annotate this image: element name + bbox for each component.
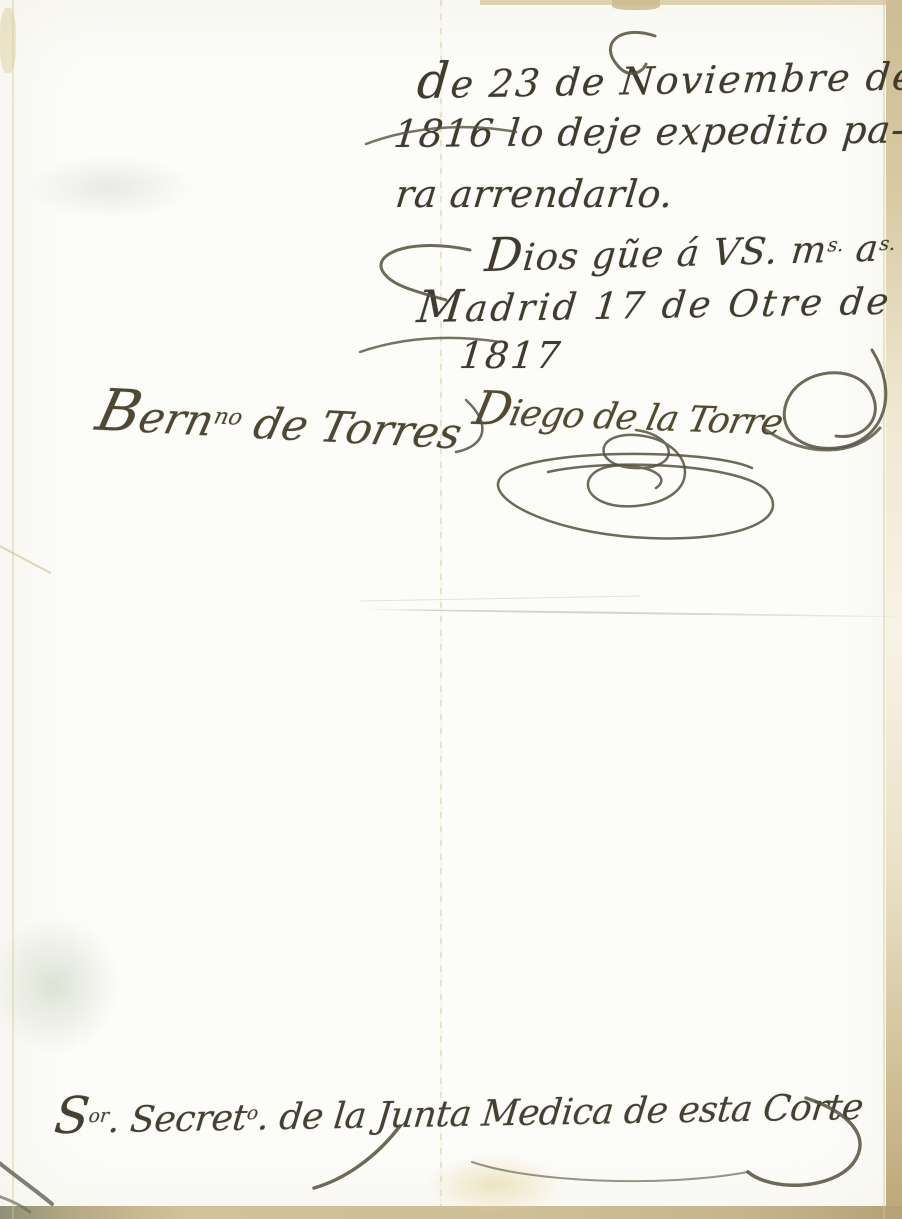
corte-underline-sweep xyxy=(472,1162,748,1181)
salutation-superscript-2: s. xyxy=(878,232,896,255)
signature-left: Bernno de Torres xyxy=(90,376,469,462)
body-line-2: 1816 lo deje expedito pa- xyxy=(392,108,902,157)
scanned-letter-page: de 23 de Noviembre de 1816 lo deje exped… xyxy=(0,0,902,1219)
yellow-stain xyxy=(425,1155,565,1215)
address-rest: . de la Junta Medica de esta Corte xyxy=(256,1087,865,1139)
salutation-line: Dios gũe á VS. ms. as. xyxy=(483,217,898,282)
body-line-1: de 23 de Noviembre de xyxy=(415,43,902,110)
horizontal-fold-crease-faint xyxy=(360,596,640,602)
address-mid: . Secret xyxy=(106,1098,248,1141)
bottom-left-fold-stroke xyxy=(0,1162,52,1204)
year-line: 1817 xyxy=(457,334,564,377)
left-fold-mark xyxy=(0,545,51,574)
salutation-text: Dios gũe á VS. m xyxy=(483,228,829,280)
tan-edge-stain xyxy=(0,8,16,73)
signature-right-rubric xyxy=(784,350,886,448)
horizontal-fold-crease xyxy=(355,608,900,618)
salutation-mid: a xyxy=(841,227,881,271)
date-line: Madrid 17 de Otre de xyxy=(415,274,895,333)
address-superscript-1: or xyxy=(88,1106,110,1127)
scan-edge-bottom xyxy=(0,1206,902,1219)
address-line: Sor. Secreto. de la Junta Medica de esta… xyxy=(52,1072,867,1145)
green-smudge xyxy=(0,915,120,1055)
scan-edge-top-stain xyxy=(612,0,660,10)
signature-right-rubric-sweep xyxy=(766,428,880,450)
rubric-oval-flourish xyxy=(498,454,773,539)
bottom-left-fold-stroke-2 xyxy=(0,1196,30,1212)
signature-left-name: Bern xyxy=(91,391,219,447)
signature-left-surname: de Torres xyxy=(235,398,466,459)
scan-edge-top xyxy=(480,0,886,5)
scan-edge-right xyxy=(886,0,902,1219)
scan-edge-left-line xyxy=(12,0,14,1219)
body-line-3: ra arrendarlo. xyxy=(393,172,675,216)
right-fold-crease xyxy=(883,0,885,1219)
signature-right: Diego de la Torre xyxy=(469,382,789,446)
gray-smudge xyxy=(25,155,195,220)
address-title: S xyxy=(52,1100,90,1142)
